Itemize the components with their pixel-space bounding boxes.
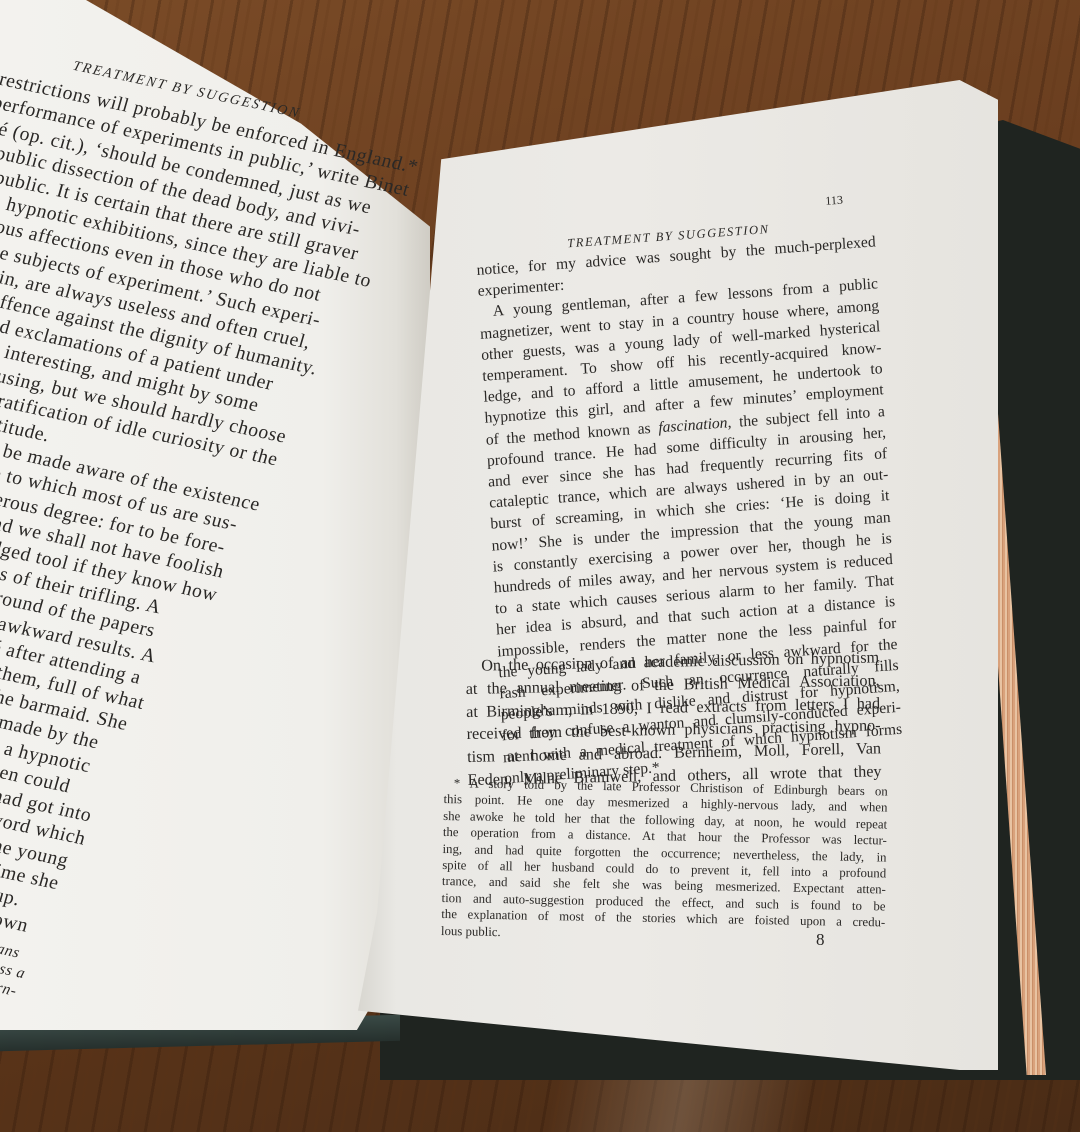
right-footnote: * A story told by the late Professor Chr… (441, 775, 888, 948)
page-number: 113 (825, 190, 844, 212)
right-body-lower: On the occasion of an academic discussio… (465, 646, 882, 791)
signature-mark: 8 (816, 930, 825, 950)
